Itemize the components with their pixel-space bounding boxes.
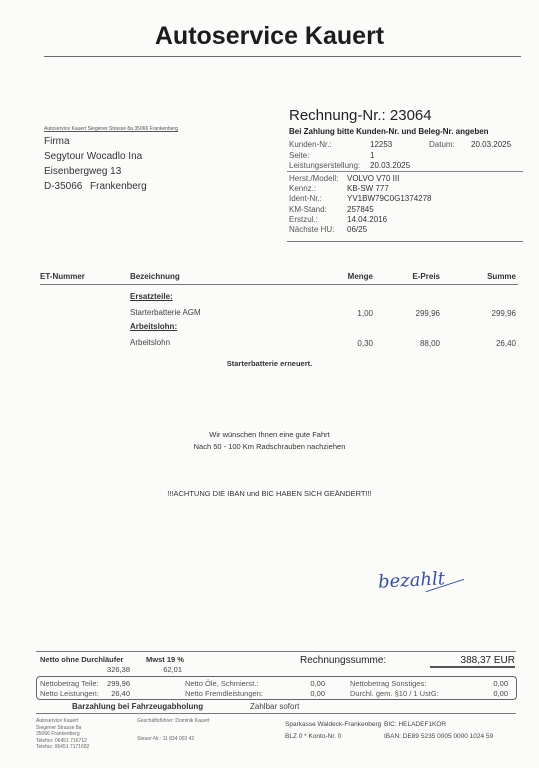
iban-warning: !!!ACHTUNG DIE IBAN und BIC HABEN SICH G…: [0, 489, 539, 498]
vehicle-label: Kennz.:: [289, 184, 316, 193]
breakdown-label: Netto Leistungen:: [40, 689, 99, 698]
item-sum: 26,40: [470, 339, 516, 348]
service-date-label: Leistungserstellung:: [289, 161, 360, 170]
breakdown-label: Netto Fremdleistungen:: [185, 689, 263, 698]
breakdown-value: 0,00: [290, 689, 325, 698]
wheel-message: Nach 50 - 100 Km Radschrauben nachziehen: [0, 442, 539, 451]
customer-no-label: Kunden-Nr.:: [289, 140, 332, 149]
recipient-city: Frankenberg: [90, 181, 147, 192]
footer-bic: BIC: HELADEF1KOR: [384, 721, 446, 728]
breakdown-value: 26,40: [95, 689, 130, 698]
footer-blz: BLZ 0 * Konto-Nr. 0: [285, 733, 341, 740]
vehicle-label: Erstzul.:: [289, 215, 318, 224]
vehicle-label: Ident-Nr.:: [289, 194, 322, 203]
breakdown-value: 0,00: [290, 679, 325, 688]
item-description: Arbeitslohn: [130, 338, 170, 347]
footer-address-line: Telefax: 06451 7171682: [36, 744, 89, 750]
vehicle-value: YV1BW79C0G1374278: [347, 194, 432, 203]
recipient-name: Segytour Wocadlo Ina: [44, 151, 142, 162]
vehicle-value: 06/25: [347, 225, 367, 234]
service-date: 20.03.2025: [370, 161, 410, 170]
footer-divider: [36, 713, 516, 714]
vehicle-value: 14.04.2016: [347, 215, 387, 224]
breakdown-label: Durchl. gem. §10 / 1 UstG:: [350, 689, 439, 698]
company-title: Autoservice Kauert: [0, 22, 539, 51]
vehicle-value: KB-SW 777: [347, 184, 389, 193]
footer-address-line: Telefon: 06451 716712: [36, 738, 87, 744]
footer-bank: Sparkasse Waldeck-Frankenberg: [285, 721, 381, 728]
item-unit-price: 299,96: [400, 309, 440, 318]
col-menge: Menge: [330, 272, 373, 281]
payment-hint: Bei Zahlung bitte Kunden-Nr. und Beleg-N…: [289, 127, 489, 136]
wish-message: Wir wünschen Ihnen eine gute Fahrt: [0, 430, 539, 439]
breakdown-value: 299,96: [95, 679, 130, 688]
section-title: Arbeitslohn:: [130, 322, 177, 331]
invoice-number: Rechnung-Nr.: 23064: [289, 107, 432, 124]
footer-address-line: Autoservice Kauert: [36, 718, 78, 724]
breakdown-value: 0,00: [470, 679, 508, 688]
item-unit-price: 88,00: [400, 339, 440, 348]
col-bezeichnung: Bezeichnung: [130, 272, 180, 281]
recipient-postal: D-35066: [44, 181, 82, 192]
work-note: Starterbatterie erneuert.: [0, 359, 539, 368]
item-quantity: 1,00: [330, 309, 373, 318]
footer-address-line: Siegener Strasse 8a: [36, 725, 81, 731]
net-value: 326,38: [90, 665, 130, 674]
recipient-line1: Firma: [44, 136, 70, 147]
vehicle-label: Herst./Modell:: [289, 174, 338, 183]
page-number: 1: [370, 151, 374, 160]
footer-tax-no: Steuer-Nr.: 11 834 003 42: [137, 736, 194, 742]
vehicle-divider: [287, 241, 523, 242]
item-sum: 299,96: [470, 309, 516, 318]
page-label: Seite:: [289, 151, 309, 160]
breakdown-value: 0,00: [470, 689, 508, 698]
footer-iban: IBAN: DE89 5235 0005 0000 1024 59: [384, 733, 493, 740]
customer-no: 12253: [370, 140, 392, 149]
item-description: Starterbatterie AGM: [130, 308, 201, 317]
header-divider: [44, 56, 521, 57]
invoice-date: 20.03.2025: [471, 140, 511, 149]
total-value: 388,37 EUR: [430, 655, 515, 668]
payment-method: Barzahlung bei Fahrzeugabholung: [72, 702, 203, 711]
vehicle-value: VOLVO V70 III: [347, 174, 399, 183]
total-label: Rechnungssumme:: [300, 655, 386, 666]
item-quantity: 0,30: [330, 339, 373, 348]
date-label: Datum:: [429, 140, 455, 149]
col-et-nummer: ET-Nummer: [40, 272, 85, 281]
vat-label: Mwst 19 %: [146, 655, 184, 664]
breakdown-label: Nettobetrag Sonstiges:: [350, 679, 426, 688]
breakdown-label: Netto Öle, Schmierst.:: [185, 679, 258, 688]
info-divider: [287, 171, 523, 172]
sender-line: Autoservice Kauert Siegener Strasse 8a 3…: [44, 126, 178, 132]
col-epreis: E-Preis: [400, 272, 440, 281]
breakdown-label: Nettobetrag Teile:: [40, 679, 99, 688]
col-summe: Summe: [470, 272, 516, 281]
footer-address-line: 35066 Frankenberg: [36, 731, 80, 737]
payment-terms: Zahlbar sofort: [250, 702, 299, 711]
vat-value: 62,01: [150, 665, 182, 674]
vehicle-label: Nächste HU:: [289, 225, 334, 234]
vehicle-value: 257845: [347, 205, 374, 214]
net-label: Netto ohne Durchläufer: [40, 655, 123, 664]
section-title: Ersatzteile:: [130, 292, 173, 301]
vehicle-label: KM-Stand:: [289, 205, 327, 214]
table-header-divider: [40, 284, 518, 285]
totals-divider: [36, 651, 516, 652]
footer-manager: Geschäftsführer: Dominik Kauert: [137, 718, 210, 724]
recipient-street: Eisenbergweg 13: [44, 166, 121, 177]
